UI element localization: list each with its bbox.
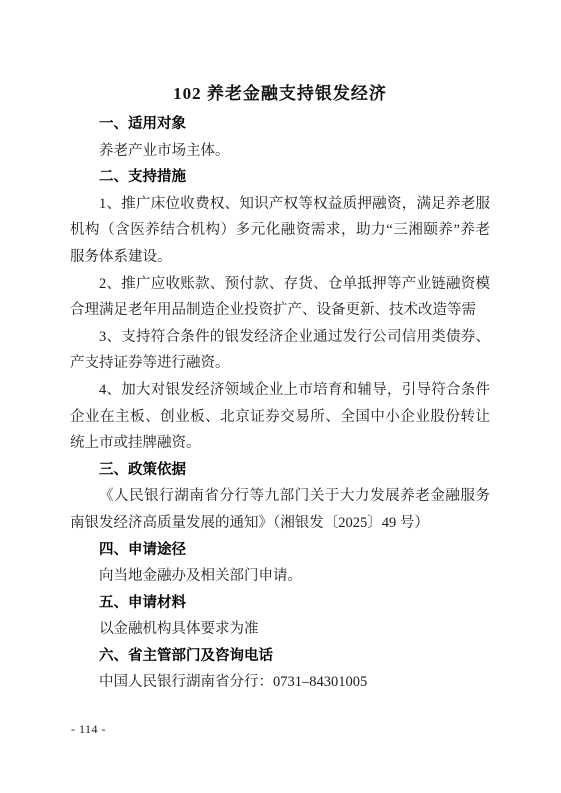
text-line: 服务体系建设。 bbox=[70, 244, 490, 271]
text-line: 南银发经济高质量发展的通知》（湘银发〔2025〕49 号） bbox=[70, 510, 490, 537]
text-line: 养老产业市场主体。 bbox=[70, 138, 490, 165]
section-heading-2: 二、支持措施 bbox=[70, 164, 490, 191]
text-line: 中国人民银行湖南省分行：0731–84301005 bbox=[70, 669, 490, 696]
section-heading-6: 六、省主管部门及咨询电话 bbox=[70, 643, 490, 670]
text-line: 向当地金融办及相关部门申请。 bbox=[70, 563, 490, 590]
text-line: 企业在主板、创业板、北京证券交易所、全国中小企业股份转让系 bbox=[70, 404, 490, 431]
text-line: 合理满足老年用品制造企业投资扩产、设备更新、技术改造等需求。 bbox=[70, 297, 490, 324]
page-title: 102 养老金融支持银发经济 bbox=[70, 80, 490, 107]
page-number: - 114 - bbox=[71, 716, 106, 742]
document-page: 102 养老金融支持银发经济 一、适用对象养老产业市场主体。二、支持措施1、推广… bbox=[0, 0, 561, 793]
text-line: 1、推广床位收费权、知识产权等权益质押融资，满足养老服务 bbox=[70, 191, 490, 218]
section-heading-5: 五、申请材料 bbox=[70, 590, 490, 617]
section-heading-1: 一、适用对象 bbox=[70, 111, 490, 138]
text-line: 3、支持符合条件的银发经济企业通过发行公司信用类债券、资 bbox=[70, 324, 490, 351]
text-line: 产支持证券等进行融资。 bbox=[70, 350, 490, 377]
text-line: 4、加大对银发经济领域企业上市培育和辅导，引导符合条件的 bbox=[70, 377, 490, 404]
text-line: 2、推广应收账款、预付款、存货、仓单抵押等产业链融资模式， bbox=[70, 271, 490, 298]
document-body: 一、适用对象养老产业市场主体。二、支持措施1、推广床位收费权、知识产权等权益质押… bbox=[70, 111, 490, 696]
text-line: 以金融机构具体要求为准 bbox=[70, 616, 490, 643]
section-heading-3: 三、政策依据 bbox=[70, 457, 490, 484]
document-content: 102 养老金融支持银发经济 一、适用对象养老产业市场主体。二、支持措施1、推广… bbox=[70, 80, 490, 696]
text-line: 《人民银行湖南省分行等九部门关于大力发展养老金融服务湖 bbox=[70, 483, 490, 510]
section-heading-4: 四、申请途径 bbox=[70, 537, 490, 564]
text-line: 机构（含医养结合机构）多元化融资需求，助力“三湘颐养”养老 bbox=[70, 217, 490, 244]
text-line: 统上市或挂牌融资。 bbox=[70, 430, 490, 457]
